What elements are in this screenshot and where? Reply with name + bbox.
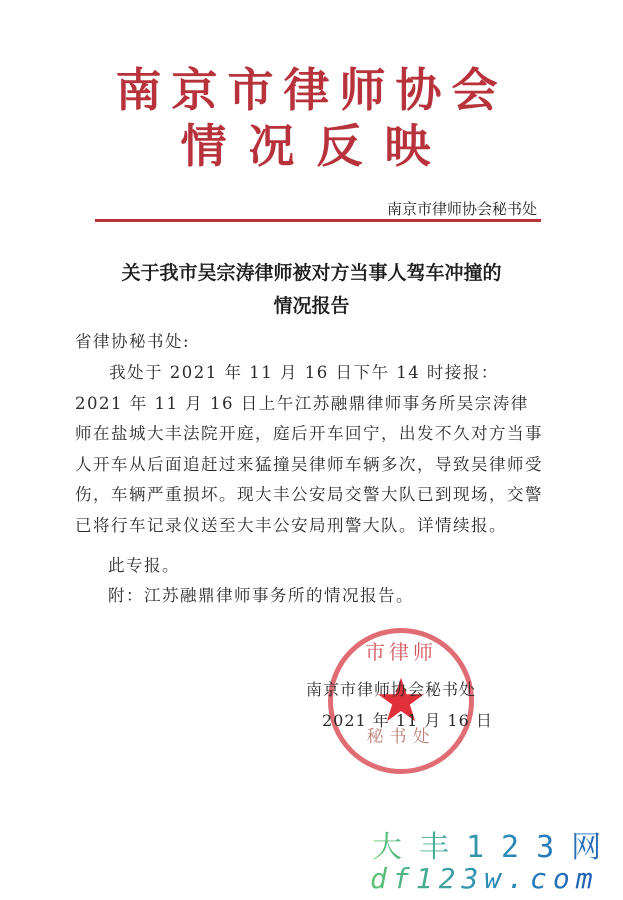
watermark-url: df123w.com <box>370 862 599 895</box>
signature-office: 南京市律师协会秘书处 <box>306 677 476 700</box>
signature-date: 2021 年 11 月 16 日 <box>322 708 493 731</box>
seal-top-text: 市律师 <box>340 636 462 665</box>
attachment-note: 附：江苏融鼎律师事务所的情况报告。 <box>108 582 414 606</box>
salutation: 省律协秘书处: <box>75 327 545 358</box>
issuing-office: 南京市律师协会秘书处 <box>387 198 537 219</box>
report-heading: 关于我市吴宗涛律师被对方当事人驾车冲撞的 <box>0 258 623 285</box>
letterhead-title: 南京市律师协会 <box>0 62 623 118</box>
report-body: 我处于 2021 年 11 月 16 日下午 14 时接报：2021 年 11 … <box>75 358 545 541</box>
letterhead-divider <box>95 219 541 222</box>
closing-remark: 此专报。 <box>108 552 180 576</box>
watermark-site-name: 大丰123网 <box>372 822 618 866</box>
letterhead-subtitle: 情况反映 <box>0 118 623 174</box>
report-heading-line2: 情况报告 <box>0 291 623 318</box>
